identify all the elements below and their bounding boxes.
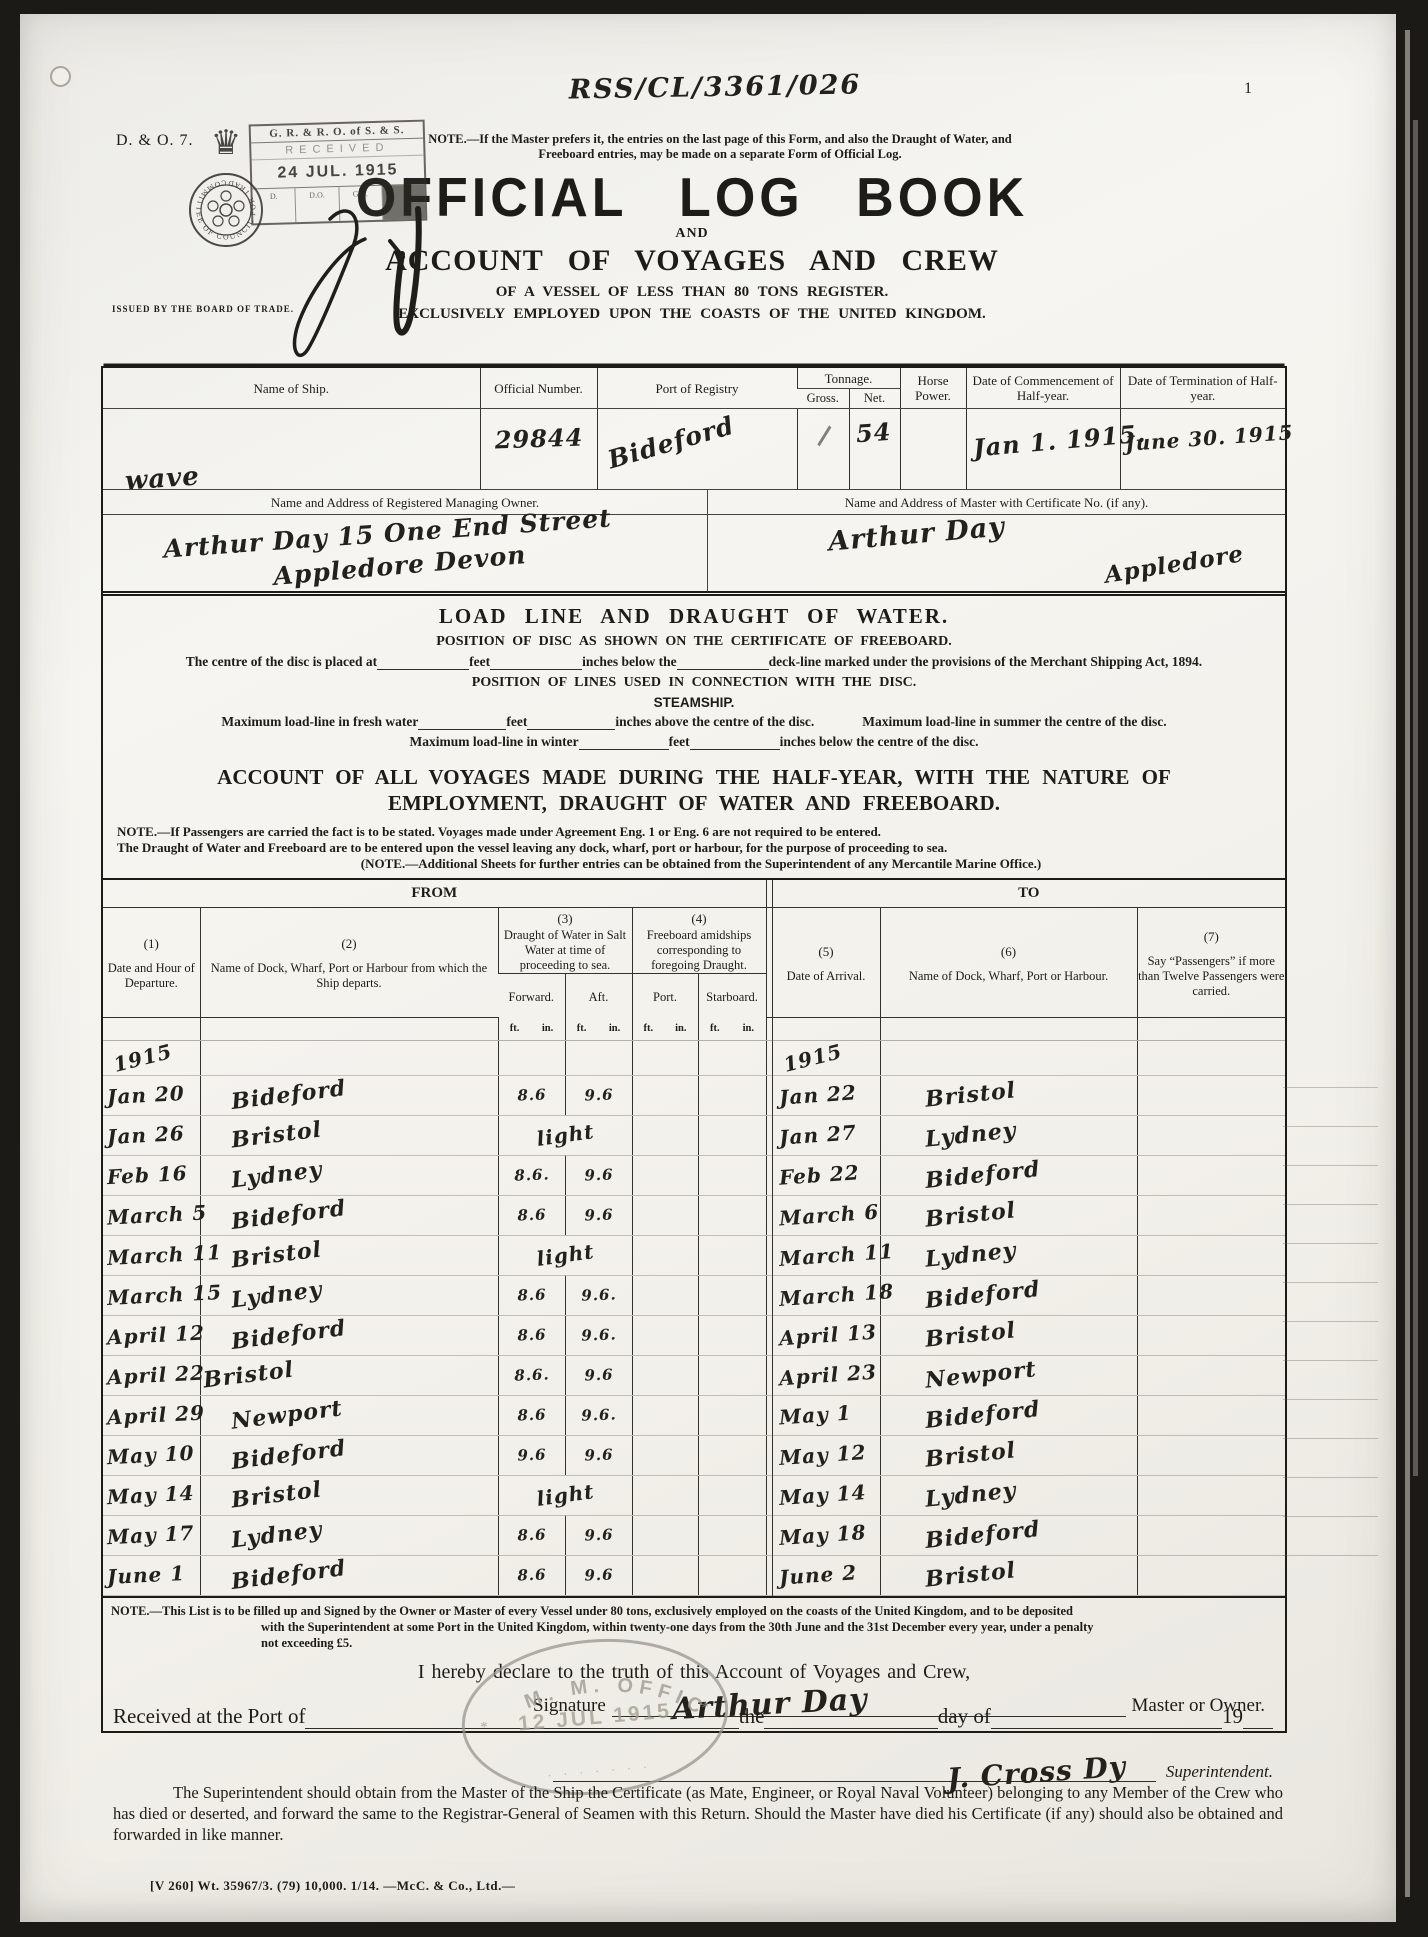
ft-label: ft.: [710, 1023, 720, 1034]
header-tonnage: Tonnage.: [797, 368, 900, 389]
hw-dep-port: Bideford: [229, 1435, 347, 1475]
voyage-row: Jan 20Bideford8.69.6Jan 22Bristol: [103, 1075, 1285, 1115]
col7-label: Say “Passengers” if more than Twelve Pas…: [1138, 954, 1284, 998]
ft-label: ft.: [577, 1023, 587, 1034]
hw-arr-date: Jan 22: [778, 1080, 857, 1109]
col4-header: (4)Freeboard amidships corresponding to …: [632, 908, 766, 974]
hw-dep-date: April 29: [106, 1400, 205, 1429]
hw-arr-date: Jan 27: [778, 1120, 857, 1149]
col3-label: Draught of Water in Salt Water at time o…: [504, 928, 626, 972]
hw-arr-port: Bideford: [923, 1516, 1041, 1554]
steamship-label: STEAMSHIP.: [103, 695, 1285, 710]
hw-fwd: 8.6: [498, 1405, 565, 1425]
hw-dep-date: May 14: [106, 1481, 195, 1510]
owner-label: Name and Address of Registered Managing …: [103, 490, 707, 515]
voyage-row: May 10Bideford9.69.6May 12Bristol: [103, 1435, 1285, 1475]
winter-feet: feet: [669, 734, 690, 749]
position-of-disc: POSITION OF DISC AS SHOWN ON THE CERTIFI…: [103, 634, 1285, 650]
hw-arr-port: Bideford: [923, 1396, 1041, 1434]
hw-dep-port: Lydney: [229, 1517, 323, 1554]
stamp-cell: D.: [252, 188, 296, 223]
list-note: NOTE.—This List is to be filled up and S…: [103, 1596, 1285, 1653]
hw-master-name: Arthur Day: [827, 511, 1006, 557]
value-commencement: Jan 1. 1915.: [966, 409, 1120, 490]
account-heading-line2: EMPLOYMENT, DRAUGHT OF WATER AND FREEBOA…: [103, 790, 1285, 816]
ft-label: ft.: [643, 1023, 653, 1034]
handwritten-reference-number: RSS/CL/3361/026: [490, 68, 940, 107]
voyage-row: March 5Bideford8.69.6March 6Bristol: [103, 1195, 1285, 1235]
hw-aft: 9.6: [565, 1565, 632, 1585]
hw-arr-port: Lydney: [923, 1117, 1017, 1152]
hw-arr-port: Newport: [923, 1356, 1037, 1394]
header-gross: Gross.: [797, 389, 849, 409]
hw-arr-port: Bristol: [923, 1557, 1016, 1592]
hw-aft: 9.6.: [565, 1285, 632, 1305]
voyage-row: May 17Lydney8.69.6May 18Bideford: [103, 1515, 1285, 1555]
hw-fwd: 8.6: [498, 1525, 565, 1545]
hw-light: light: [497, 1474, 632, 1516]
hw-aft: 9.6: [565, 1525, 632, 1545]
hw-aft: 9.6: [565, 1445, 632, 1465]
hw-aft: 9.6: [565, 1085, 632, 1105]
hw-aft: 9.6: [565, 1205, 632, 1225]
ft-label: ft.: [510, 1023, 520, 1034]
centre-pre: The centre of the disc is placed at: [186, 654, 377, 669]
received-date-stamp: G. R. & R. O. of S. & S. RECEIVED 24 JUL…: [249, 120, 428, 226]
col2-header: (2)Name of Dock, Wharf, Port or Harbour …: [200, 908, 498, 1018]
hw-fwd: 9.6: [498, 1445, 565, 1465]
port-header: Port.: [632, 974, 698, 1018]
fresh-pre: Maximum load-line in fresh water: [221, 714, 418, 729]
col1-label: Date and Hour of Departure.: [108, 961, 195, 990]
account-heading: ACCOUNT OF ALL VOYAGES MADE DURING THE H…: [103, 764, 1285, 816]
col3-number: (3): [499, 911, 632, 926]
col3-header: (3)Draught of Water in Salt Water at tim…: [498, 908, 632, 974]
hw-aft: 9.6: [565, 1365, 632, 1385]
voyage-column-headers: (1)Date and Hour of Departure. (2)Name o…: [103, 908, 1285, 974]
issued-by-board-of-trade: ISSUED BY THE BOARD OF TRADE.: [112, 304, 294, 314]
hw-arr-port: Lydney: [923, 1477, 1017, 1512]
hw-net-tonnage: 54: [855, 424, 891, 441]
superintendent-sig-line: J. Cross Dy: [553, 1755, 1156, 1782]
load-line-title: LOAD LINE AND DRAUGHT OF WATER.: [103, 604, 1285, 629]
fresh-mid: inches above the centre of the disc.: [615, 714, 814, 729]
document-subtitle: ACCOUNT OF VOYAGES AND CREW: [101, 244, 1283, 278]
in-label: in.: [675, 1023, 686, 1034]
year19-label: 19: [1222, 1704, 1243, 1729]
centre-post: deck-line marked under the provisions of…: [769, 654, 1203, 669]
hw-fwd: 8.6: [498, 1325, 565, 1345]
ledger-lines: [1283, 1049, 1378, 1559]
account-note-line3: (NOTE.—Additional Sheets for further ent…: [117, 856, 1285, 872]
account-note-line2: The Draught of Water and Freeboard are t…: [117, 840, 1285, 856]
col5-header: (5)Date of Arrival.: [772, 908, 880, 1018]
superintendent-label: Superintendent.: [1166, 1762, 1273, 1782]
hw-fwd: 8.6: [498, 1205, 565, 1225]
fresh-feet: feet: [506, 714, 527, 729]
hw-dep-date: May 17: [106, 1521, 195, 1550]
col7-number: (7): [1138, 929, 1286, 944]
hw-arr-date: May 14: [778, 1480, 867, 1510]
value-official-number: 29844: [480, 409, 597, 490]
value-horse-power: [900, 409, 966, 490]
forward-header: Forward.: [498, 974, 565, 1018]
value-ship-name: wave: [103, 409, 480, 490]
hw-dep-port: Lydney: [229, 1277, 323, 1314]
hw-aft: 9.6: [565, 1165, 632, 1185]
voyage-row: Jan 26BristollightJan 27Lydney: [103, 1115, 1285, 1155]
hw-dep-port: Bristol: [229, 1117, 323, 1154]
hw-arr-date: June 2: [778, 1560, 858, 1589]
hw-arr-port: Lydney: [923, 1237, 1017, 1272]
value-port-of-registry: Bideford: [597, 409, 797, 490]
header-port-of-registry: Port of Registry: [597, 368, 797, 409]
hw-light: light: [497, 1114, 632, 1156]
voyage-row: Feb 16Lydney8.6.9.6Feb 22Bideford: [103, 1155, 1285, 1195]
winter-mid: inches below the centre of the disc.: [780, 734, 979, 749]
the-label: the: [739, 1704, 765, 1729]
stamp-cells: D. D.O. G.R.: [252, 185, 425, 224]
list-note-line2: with the Superintendent at some Port in …: [261, 1619, 1277, 1635]
value-gross: —: [797, 409, 849, 490]
hw-port-of-registry: Bideford: [606, 417, 735, 467]
account-note: NOTE.—If Passengers are carried the fact…: [117, 824, 1285, 872]
col1-number: (1): [103, 936, 200, 951]
in-label: in.: [743, 1023, 754, 1034]
centre-of-disc-line: The centre of the disc is placed atfeeti…: [103, 654, 1285, 670]
account-heading-line1: ACCOUNT OF ALL VOYAGES MADE DURING THE H…: [103, 764, 1285, 790]
superintendent-signature-row: J. Cross Dy Superintendent.: [113, 1755, 1273, 1782]
col2-label: Name of Dock, Wharf, Port or Harbour fro…: [211, 961, 487, 990]
col5-label: Date of Arrival.: [787, 969, 866, 983]
hw-arr-port: Bristol: [923, 1077, 1016, 1112]
day-of-label: day of: [938, 1704, 991, 1729]
declaration-text: I hereby declare to the truth of this Ac…: [103, 1661, 1285, 1684]
centre-feet: feet: [469, 654, 490, 669]
centre-inches: inches below the: [582, 654, 677, 669]
subtitle-vessel: OF A VESSEL OF LESS THAN 80 TONS REGISTE…: [101, 284, 1283, 301]
col5-number: (5): [773, 944, 880, 959]
header-name-of-ship: Name of Ship.: [103, 368, 480, 409]
voyage-row: May 14BristollightMay 14Lydney: [103, 1475, 1285, 1515]
hw-dep-port: Bideford: [229, 1075, 347, 1115]
hw-official-number: 29844: [480, 429, 596, 448]
fresh-water-line: Maximum load-line in fresh waterfeetinch…: [103, 714, 1285, 730]
voyage-row: June 1Bideford8.69.6June 2Bristol: [103, 1555, 1285, 1595]
hw-arr-date: April 23: [778, 1360, 877, 1391]
top-note-line1: NOTE.—If the Master prefers it, the entr…: [428, 132, 1012, 146]
list-note-line3: not exceeding £5.: [261, 1635, 1277, 1651]
page-edge: [1405, 30, 1410, 1897]
winter-line: Maximum load-line in winterfeetinches be…: [103, 734, 1285, 750]
col7-header: (7)Say “Passengers” if more than Twelve …: [1137, 908, 1285, 1018]
voyage-row: March 11BristollightMarch 11Lydney: [103, 1235, 1285, 1275]
page-edge: [1413, 120, 1418, 1476]
hw-dep-port: Bideford: [229, 1195, 347, 1235]
hw-arr-date: March 11: [778, 1239, 895, 1271]
hw-dep-port: Lydney: [229, 1157, 323, 1194]
ship-particulars-table: Name of Ship. Official Number. Port of R…: [103, 368, 1285, 490]
col6-label: Name of Dock, Wharf, Port or Harbour.: [909, 969, 1108, 983]
hw-dep-port: Newport: [229, 1395, 343, 1434]
winter-pre: Maximum load-line in winter: [410, 734, 579, 749]
value-net: 54: [849, 409, 900, 490]
from-to-band: FROM TO: [103, 879, 1285, 908]
hw-arr-date: May 12: [778, 1440, 867, 1470]
punch-hole: [50, 66, 71, 87]
hw-arr-port: Bristol: [923, 1437, 1016, 1472]
voyage-row: April 12Bideford8.69.6.April 13Bristol: [103, 1315, 1285, 1355]
from-label: FROM: [103, 879, 766, 908]
hw-dep-date: March 5: [106, 1200, 207, 1229]
hw-master-place: Appledore: [1103, 540, 1246, 589]
scanned-document-page: RSS/CL/3361/026 1 D. & O. 7. NOTE.—If th…: [20, 14, 1396, 1922]
master-value: Arthur Day Appledore: [708, 515, 1285, 591]
col6-header: (6)Name of Dock, Wharf, Port or Harbour.: [880, 908, 1137, 1018]
header-commencement: Date of Commencement of Half-year.: [966, 368, 1120, 409]
in-label: in.: [609, 1023, 620, 1034]
top-note-line2: Freeboard entries, may be made on a sepa…: [538, 147, 901, 161]
voyages-table: FROM TO (1)Date and Hour of Departure. (…: [103, 878, 1285, 1596]
in-label: in.: [542, 1023, 553, 1034]
voyage-row: April 22Bristol8.6.9.6April 23Newport: [103, 1355, 1285, 1395]
col1-header: (1)Date and Hour of Departure.: [103, 908, 200, 1018]
master-cell: Name and Address of Master with Certific…: [708, 490, 1285, 591]
stamp-cell: [382, 185, 425, 220]
account-note-line1: NOTE.—If Passengers are carried the fact…: [117, 824, 1285, 840]
owner-master-section: Name and Address of Registered Managing …: [103, 490, 1285, 596]
superintendent-paragraph: The Superintendent should obtain from th…: [113, 1782, 1283, 1845]
list-note-line1: NOTE.—This List is to be filled up and S…: [111, 1603, 1277, 1619]
hw-aft: 9.6.: [565, 1405, 632, 1425]
hw-dep-date: April 12: [106, 1320, 205, 1349]
form-box: Name of Ship. Official Number. Port of R…: [101, 366, 1287, 1733]
hw-fwd: 8.6: [498, 1085, 565, 1105]
stamp-cell: G.R.: [339, 186, 383, 221]
hw-dep-date: Feb 16: [106, 1161, 188, 1189]
col2-number: (2): [201, 936, 498, 951]
printers-imprint: [V 260] Wt. 35967/3. (79) 10,000. 1/14. …: [150, 1878, 515, 1894]
voyage-row: April 29Newport8.69.6.May 1Bideford: [103, 1395, 1285, 1435]
value-termination: June 30. 1915: [1120, 409, 1285, 490]
hw-dep-date: Jan 26: [106, 1121, 185, 1149]
hw-fwd: 8.6.: [498, 1165, 565, 1185]
hw-arr-port: Bideford: [923, 1156, 1041, 1194]
received-line: Received at the Port of the day of 19: [113, 1704, 1273, 1729]
received-section: Received at the Port of the day of 19 J.…: [113, 1704, 1273, 1782]
col4-label: Freeboard amidships corresponding to for…: [647, 928, 752, 972]
summer-text: Maximum load-line in summer the centre o…: [862, 714, 1166, 729]
hw-year-from: 1915: [111, 1039, 175, 1077]
header-official-number: Official Number.: [480, 368, 597, 409]
hw-arr-date: May 18: [778, 1520, 867, 1550]
hw-fwd: 8.6.: [498, 1365, 565, 1385]
to-label: TO: [772, 879, 1285, 908]
owner-cell: Name and Address of Registered Managing …: [103, 490, 708, 591]
hw-arr-date: May 1: [778, 1400, 852, 1429]
hw-arr-date: Feb 22: [778, 1160, 860, 1190]
header-net: Net.: [849, 389, 900, 409]
hw-dep-port: Bristol: [201, 1357, 295, 1394]
position-of-lines: POSITION OF LINES USED IN CONNECTION WIT…: [103, 675, 1285, 691]
hw-termination-date: June 30. 1915: [1124, 425, 1293, 452]
hw-dep-date: May 10: [106, 1441, 195, 1470]
aft-header: Aft.: [565, 974, 632, 1018]
header-horse-power: Horse Power.: [900, 368, 966, 409]
hw-light: light: [497, 1234, 632, 1276]
header-termination: Date of Termination of Half-year.: [1120, 368, 1285, 409]
hw-ship-name: wave: [125, 469, 201, 489]
hw-arr-date: March 18: [778, 1279, 895, 1311]
hw-dep-date: April 22: [106, 1360, 205, 1389]
units-row: ft.in. ft.in. ft.in. ft.in.: [103, 1017, 1285, 1040]
col4-number: (4): [633, 911, 766, 926]
page-number: 1: [1244, 80, 1252, 98]
superintendent-paragraph-text: The Superintendent should obtain from th…: [113, 1782, 1283, 1845]
hw-arr-port: Bideford: [923, 1276, 1041, 1314]
hw-dep-port: Bristol: [229, 1237, 323, 1274]
hw-arr-date: March 6: [778, 1200, 880, 1231]
hw-aft: 9.6.: [565, 1325, 632, 1345]
hw-dep-port: Bideford: [229, 1555, 347, 1595]
hw-year-to: 1915: [780, 1039, 844, 1077]
starboard-header: Starboard.: [698, 974, 766, 1018]
hw-arr-port: Bristol: [923, 1197, 1016, 1232]
hw-fwd: 8.6: [498, 1565, 565, 1585]
voyage-row: March 15Lydney8.69.6.March 18Bideford: [103, 1275, 1285, 1315]
hw-gross-mark: —: [809, 420, 835, 450]
stamp-cell: D.O.: [296, 187, 340, 222]
top-note: NOTE.—If the Master prefers it, the entr…: [320, 132, 1120, 162]
svg-text:♛: ♛: [211, 123, 241, 163]
hw-dep-date: June 1: [106, 1561, 185, 1589]
hw-arr-date: April 13: [778, 1320, 877, 1351]
col6-number: (6): [881, 944, 1137, 959]
received-at-label: Received at the Port of: [113, 1704, 305, 1729]
year-row: 1915 1915: [103, 1040, 1285, 1075]
hw-arr-port: Bristol: [923, 1317, 1016, 1352]
hw-fwd: 8.6: [498, 1285, 565, 1305]
owner-value: Arthur Day 15 One End Street Appledore D…: [103, 515, 707, 591]
load-line-section: LOAD LINE AND DRAUGHT OF WATER. POSITION…: [103, 596, 1285, 756]
hw-dep-date: Jan 20: [106, 1081, 185, 1109]
hw-dep-port: Bideford: [229, 1315, 347, 1355]
hw-dep-port: Bristol: [229, 1477, 323, 1514]
